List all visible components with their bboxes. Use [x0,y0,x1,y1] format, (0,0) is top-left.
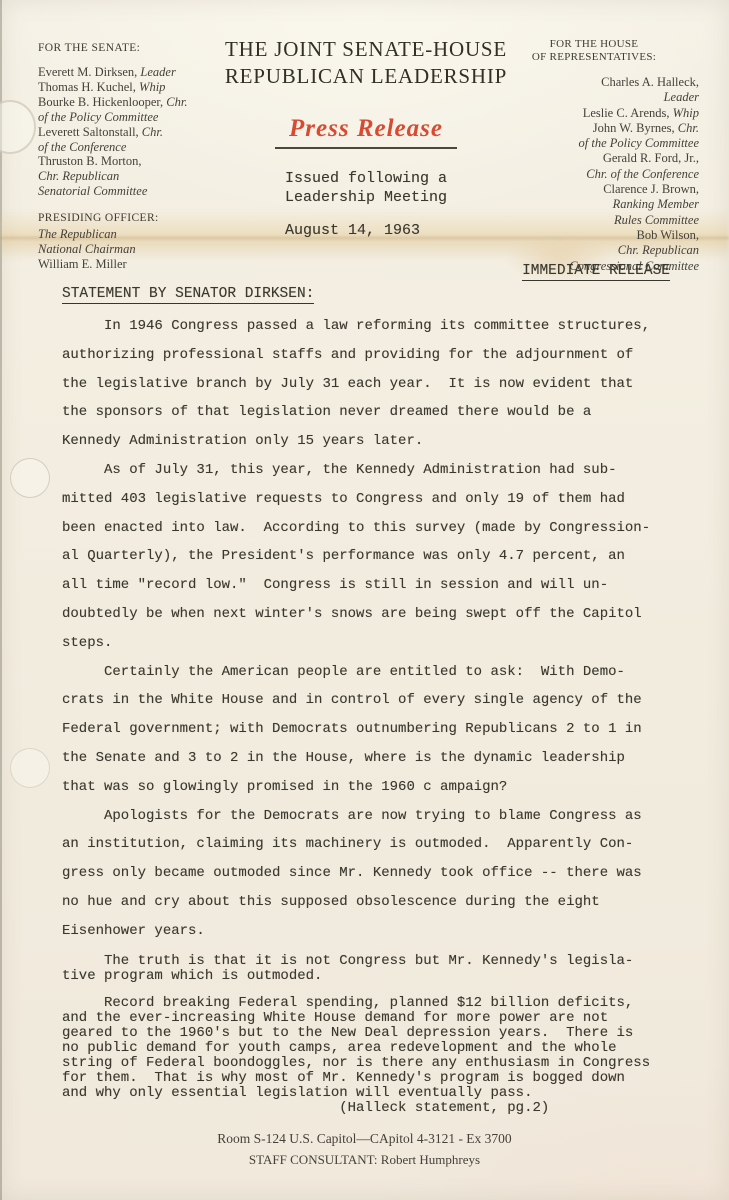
house-member-line: Leader [489,90,699,105]
issued-note: Issued following a Leadership Meeting Au… [285,169,447,239]
senate-heading: FOR THE SENATE: [38,42,234,54]
presiding-officer-line: The Republican [38,227,234,242]
body-line: Apologists for the Democrats are now try… [62,802,670,831]
press-release-banner: Press Release [220,115,512,149]
body-line: and why only essential legislation will … [62,1086,670,1101]
body-line: Eisenhower years. [62,917,670,946]
senate-member-line: Everett M. Dirksen, Leader [38,65,234,80]
house-heading-line2: OF REPRESENTATIVES: [489,51,699,64]
body-line: no hue and cry about this supposed obsol… [62,888,670,917]
organization-title: THE JOINT SENATE-HOUSE REPUBLICAN LEADER… [220,36,512,90]
house-member-list: Charles A. Halleck,LeaderLeslie C. Arend… [489,75,699,274]
press-release-label: Press Release [275,115,457,149]
paper-curl-mark [0,100,36,154]
body-line: Kennedy Administration only 15 years lat… [62,427,670,456]
presiding-officer-heading: PRESIDING OFFICER: [38,212,234,224]
senate-member-line: of the Conference [38,140,234,155]
body-line: crats in the White House and in control … [62,686,670,715]
body-line: doubtedly be when next winter's snows ar… [62,600,670,629]
house-member-line: of the Policy Committee [489,136,699,151]
house-member-line: Chr. Republican [489,243,699,258]
body-line: no public demand for youth camps, area r… [62,1041,670,1056]
statement-heading-row: STATEMENT BY SENATOR DIRKSEN: [62,285,670,303]
house-member-line: Clarence J. Brown, [489,182,699,197]
press-release-document: FOR THE SENATE: Everett M. Dirksen, Lead… [0,0,729,1200]
punch-hole [10,458,50,498]
body-line: mitted 403 legislative requests to Congr… [62,485,670,514]
house-heading: FOR THE HOUSE OF REPRESENTATIVES: [489,38,699,64]
senate-member-line: Leverett Saltonstall, Chr. [38,125,234,140]
house-member-line: Chr. of the Conference [489,167,699,182]
senate-member-line: Thomas H. Kuchel, Whip [38,80,234,95]
letterhead-center-block: THE JOINT SENATE-HOUSE REPUBLICAN LEADER… [220,36,512,239]
body-line: The truth is that it is not Congress but… [62,954,670,969]
body-line: (Halleck statement, pg.2) [62,1101,670,1116]
body-line: authorizing professional staffs and prov… [62,341,670,370]
org-title-line1: THE JOINT SENATE-HOUSE [220,36,512,63]
senate-member-line: Bourke B. Hickenlooper, Chr. [38,95,234,110]
body-line: As of July 31, this year, the Kennedy Ad… [62,456,670,485]
scan-edge-shadow [0,0,2,1200]
release-date: August 14, 1963 [285,222,447,239]
statement-paragraphs-double-spaced: In 1946 Congress passed a law reforming … [62,312,670,946]
body-line: that was so glowingly promised in the 19… [62,773,670,802]
statement-paragraph-single-spaced-2: Record breaking Federal spending, planne… [62,996,670,1116]
issued-line1: Issued following a [285,169,447,188]
house-member-line: Charles A. Halleck, [489,75,699,90]
letterhead-house-column: FOR THE HOUSE OF REPRESENTATIVES: Charle… [489,38,699,274]
body-line: all time "record low." Congress is still… [62,571,670,600]
house-heading-line1: FOR THE HOUSE [489,38,699,51]
body-line: gress only became outmoded since Mr. Ken… [62,859,670,888]
senate-member-list: Everett M. Dirksen, LeaderThomas H. Kuch… [38,65,234,199]
body-line: tive program which is outmoded. [62,969,670,984]
body-line: the sponsors of that legislation never d… [62,398,670,427]
statement-body: IMMEDIATE RELEASE STATEMENT BY SENATOR D… [62,262,670,1116]
body-line: an institution, claiming its machinery i… [62,830,670,859]
house-member-line: Gerald R. Ford, Jr., [489,151,699,166]
statement-paragraph-single-spaced-1: The truth is that it is not Congress but… [62,954,670,984]
senate-member-line: Chr. Republican [38,169,234,184]
footer-address-phone: Room S-124 U.S. Capitol—CApitol 4-3121 -… [0,1128,729,1149]
org-title-line2: REPUBLICAN LEADERSHIP [220,63,512,90]
house-member-line: Bob Wilson, [489,228,699,243]
immediate-release-label: IMMEDIATE RELEASE [522,263,670,281]
senate-member-line: Senatorial Committee [38,184,234,199]
issued-line2: Leadership Meeting [285,188,447,207]
house-member-line: Ranking Member [489,197,699,212]
letterhead-senate-column: FOR THE SENATE: Everett M. Dirksen, Lead… [38,42,234,272]
footer-staff-consultant: STAFF CONSULTANT: Robert Humphreys [0,1149,729,1170]
body-line: steps. [62,629,670,658]
body-line: for them. That is why most of Mr. Kenned… [62,1071,670,1086]
body-line: the legislative branch by July 31 each y… [62,370,670,399]
body-line: string of Federal boondoggles, nor is th… [62,1056,670,1071]
body-line: the Senate and 3 to 2 in the House, wher… [62,744,670,773]
punch-hole [10,748,50,788]
body-line: al Quarterly), the President's performan… [62,542,670,571]
body-line: geared to the 1960's but to the New Deal… [62,1026,670,1041]
senate-member-line: of the Policy Committee [38,110,234,125]
presiding-officer-line: National Chairman [38,242,234,257]
body-line: In 1946 Congress passed a law reforming … [62,312,670,341]
house-member-line: Rules Committee [489,213,699,228]
footer: Room S-124 U.S. Capitol—CApitol 4-3121 -… [0,1128,729,1170]
statement-heading: STATEMENT BY SENATOR DIRKSEN: [62,286,314,304]
body-line: been enacted into law. According to this… [62,514,670,543]
senate-member-line: Thruston B. Morton, [38,154,234,169]
house-member-line: Leslie C. Arends, Whip [489,106,699,121]
body-line: and the ever-increasing White House dema… [62,1011,670,1026]
house-member-line: John W. Byrnes, Chr. [489,121,699,136]
body-line: Record breaking Federal spending, planne… [62,996,670,1011]
body-line: Certainly the American people are entitl… [62,658,670,687]
immediate-release-row: IMMEDIATE RELEASE [62,262,670,280]
body-line: Federal government; with Democrats outnu… [62,715,670,744]
